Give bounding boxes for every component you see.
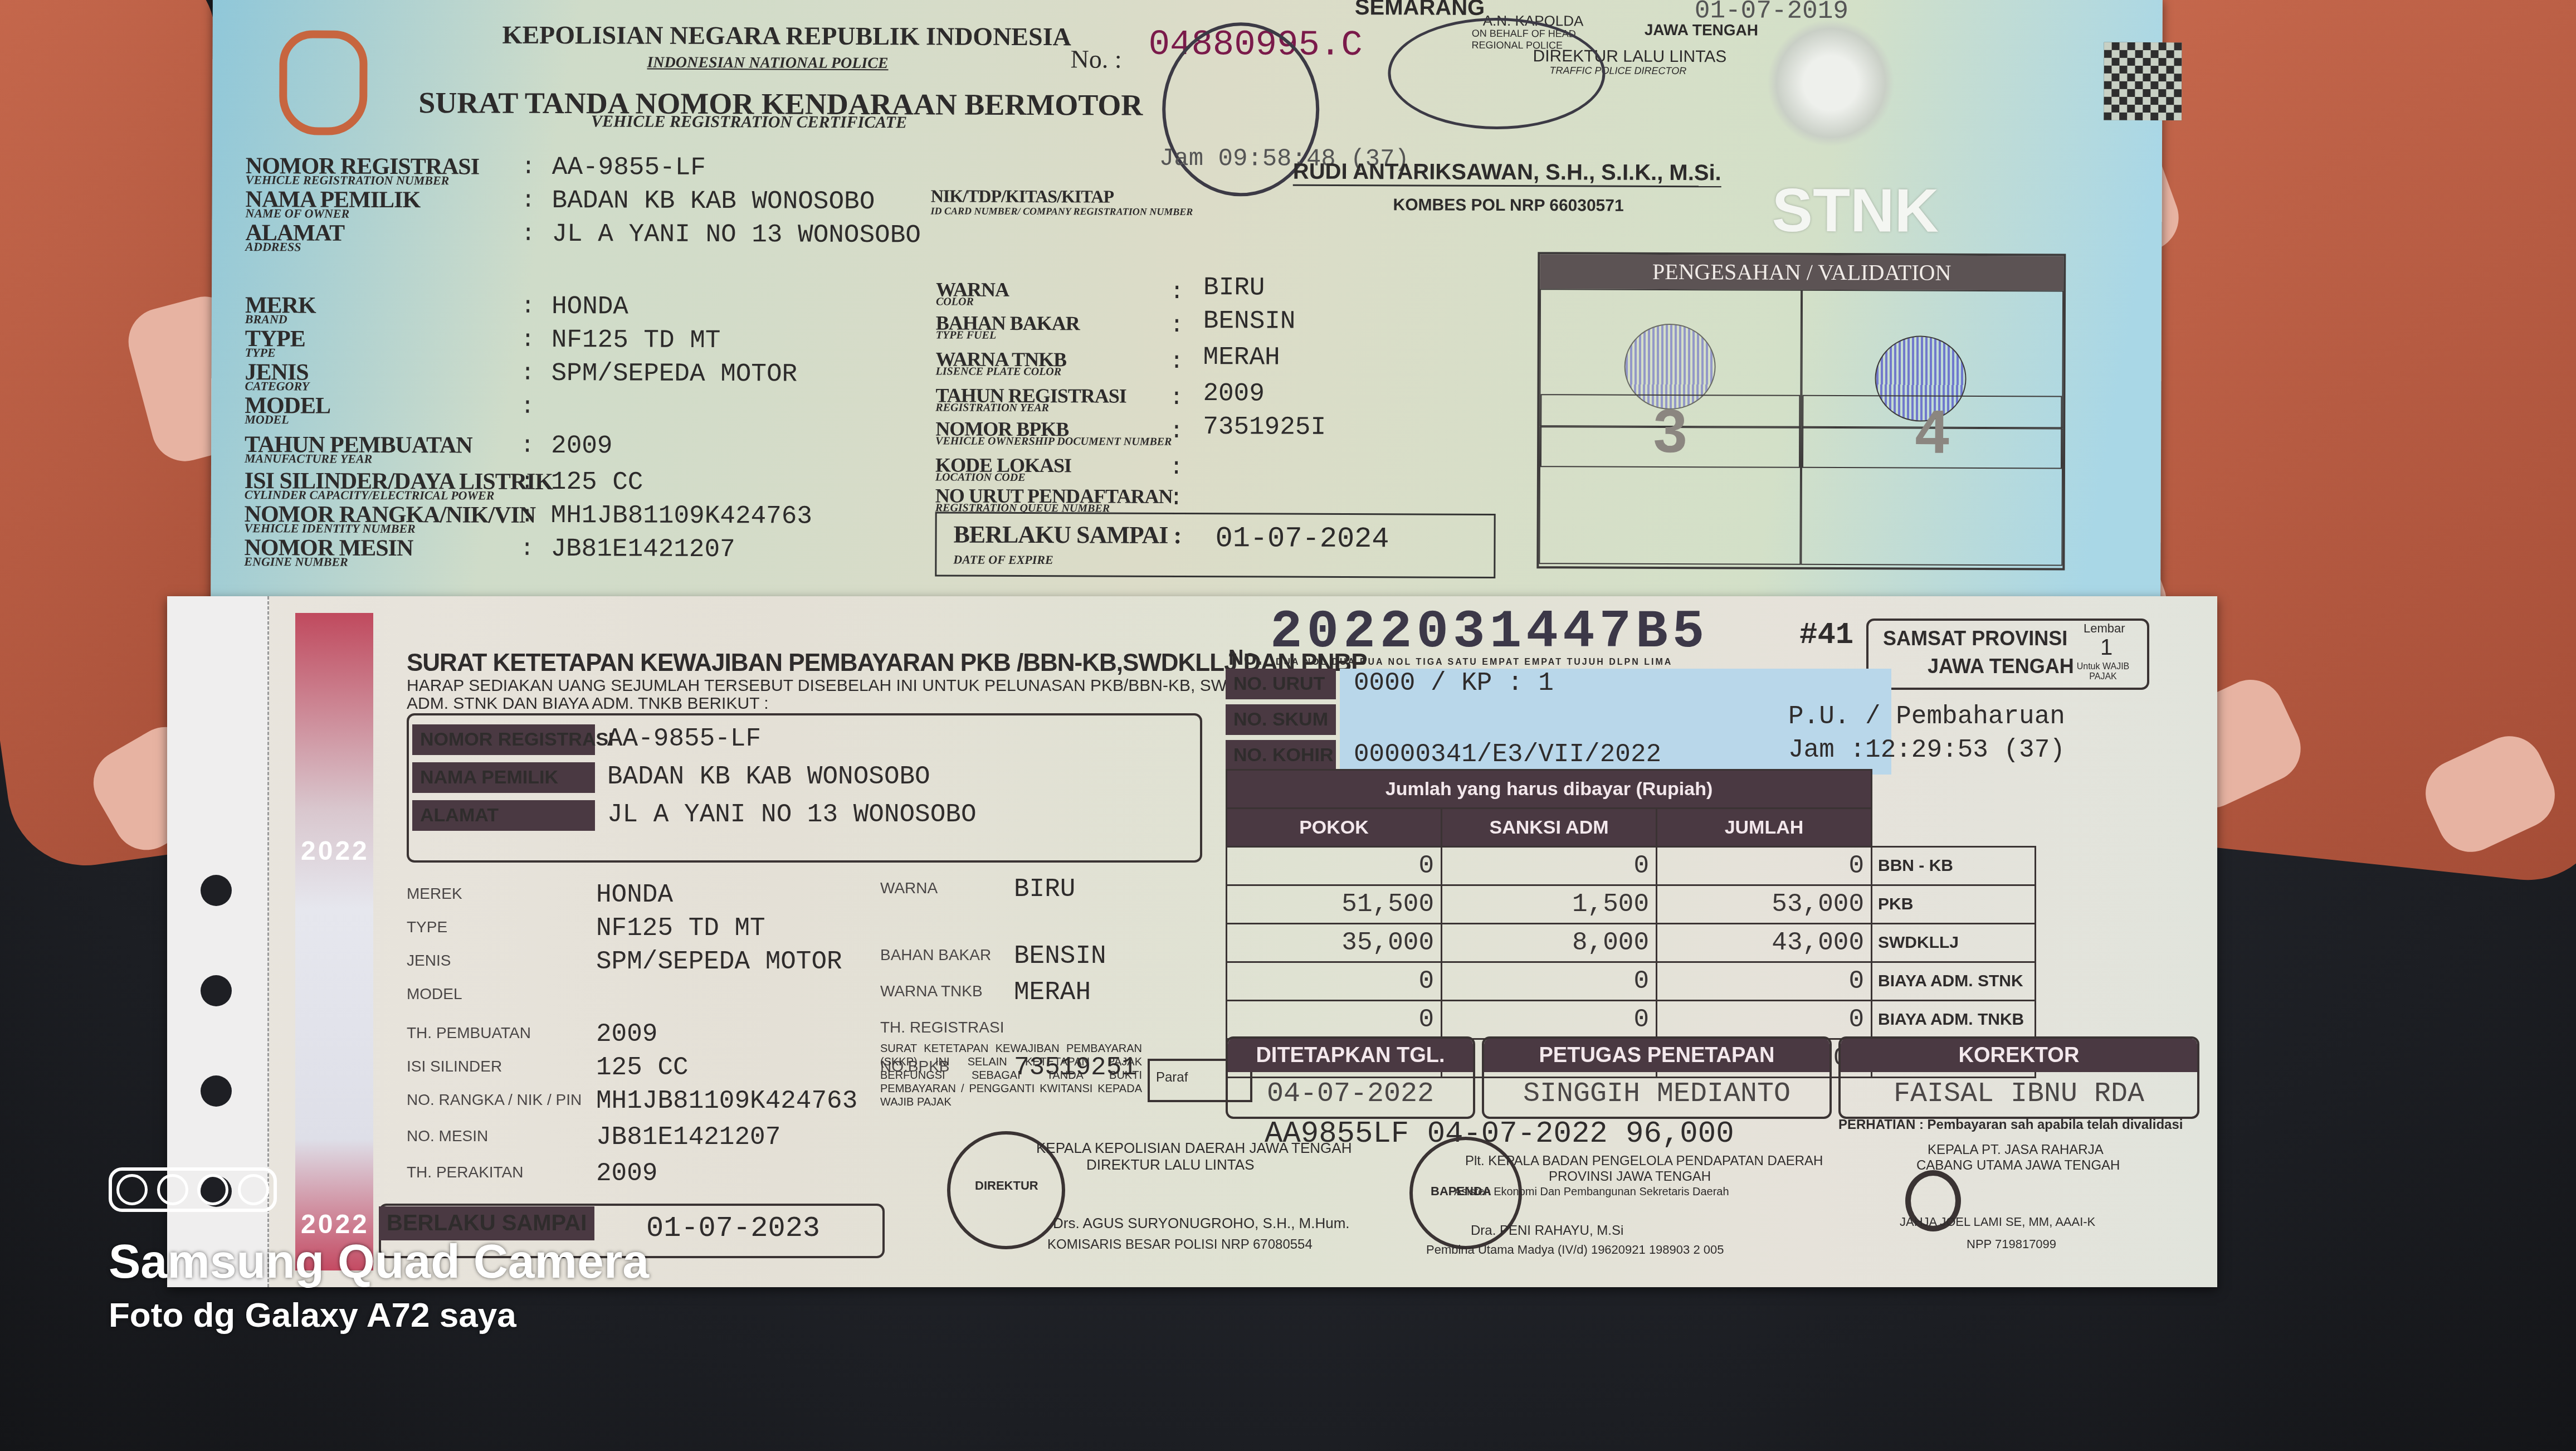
sign3-title: KEPALA PT. JASA RAHARJA (1928, 1142, 2104, 1158)
ref-field-label: NO. URUT (1226, 669, 1336, 699)
stnk-field-value: JL A YANI NO 13 WONOSOBO (552, 220, 921, 250)
stnk-field-value: HONDA (552, 292, 628, 321)
sign3-rank: NPP 719817099 (1967, 1237, 2056, 1252)
stnk-expiry-box: BERLAKU SAMPAI : DATE OF EXPIRE 01-07-20… (935, 512, 1495, 578)
vehicle-field-value: 2009 (596, 1159, 657, 1188)
vehicle-field-value: BENSIN (1014, 942, 1106, 971)
stnk-field-sub: REGISTRATION YEAR (935, 401, 1049, 415)
stnk-field-value: BENSIN (1203, 306, 1296, 336)
stnk-expiry-value: 01-07-2024 (1215, 522, 1389, 556)
stnk-field-sub: ADDRESS (245, 240, 301, 254)
stnk-field-value: AA-9855-LF (552, 153, 706, 182)
stnk-header-line1: KEPOLISIAN NEGARA REPUBLIK INDONESIA (502, 20, 1071, 52)
stnk-field-sub: LOCATION CODE (935, 471, 1026, 484)
stnk-field-colon: : (1170, 348, 1184, 375)
sign3-sub: CABANG UTAMA JAWA TENGAH (1916, 1158, 2120, 1174)
stnk-field-value: MH1JB81109K424763 (551, 501, 812, 531)
stnk-field-sub: VEHICLE OWNERSHIP DOCUMENT NUMBER (935, 435, 1172, 448)
item-cell: BIAYA ADM. STNK (1872, 962, 2036, 1001)
payment-row: 0 0 0 BIAYA ADM. STNK (1227, 962, 2036, 1001)
skkp-expiry-value: 01-07-2023 (646, 1212, 820, 1245)
owner-field-value: AA-9855-LF (607, 724, 761, 753)
vehicle-field-label: NO. MESIN (407, 1127, 488, 1145)
stnk-field-colon: : (1169, 384, 1183, 411)
vehicle-field-label: TH. PERAKITAN (407, 1163, 524, 1181)
sign1-name: Drs. AGUS SURYONUGROHO, S.H., M.Hum. (1053, 1215, 1350, 1232)
validation-number-4: 4 (1802, 395, 2062, 469)
owner-field-label: NOMOR REGISTRASI (412, 724, 595, 755)
vehicle-field-value: JB81E1421207 (596, 1123, 780, 1152)
stnk-nik-sub: ID CARD NUMBER/ COMPANY REGISTRATION NUM… (931, 205, 1193, 218)
signature-scribble-icon (1388, 17, 1606, 129)
officer-value: SINGGIH MEDIANTO (1484, 1072, 1829, 1117)
vehicle-field-label: WARNA TNKB (880, 982, 983, 1000)
quad-camera-icon (109, 1167, 277, 1212)
pokok-cell: 0 (1227, 962, 1442, 1001)
camera-caption: Foto dg Galaxy A72 saya (109, 1296, 516, 1335)
set-date-label: DITETAPKAN TGL. (1228, 1039, 1473, 1072)
camera-watermark: Samsung Quad Camera (109, 1234, 649, 1289)
stnk-field-value: BADAN KB KAB WONOSOBO (552, 186, 875, 216)
punch-hole (201, 1075, 232, 1107)
pokok-cell: 0 (1227, 1001, 1442, 1039)
payment-table: Jumlah yang harus dibayar (Rupiah) POKOK… (1226, 769, 2036, 1078)
stnk-official-name: RUDI ANTARIKSAWAN, S.H., S.I.K., M.Si. (1293, 159, 1721, 188)
vehicle-field-value: HONDA (596, 880, 673, 909)
sanksi-cell: 0 (1442, 847, 1657, 885)
vehicle-field-value: 125 CC (596, 1053, 689, 1082)
ref-field-value: 00000341/E3/VII/2022 (1354, 740, 1661, 769)
paraf-label: Paraf (1156, 1070, 1188, 1085)
sign1-rank: KOMISARIS BESAR POLISI NRP 67080554 (1047, 1237, 1313, 1253)
ref-field-value: 0000 / KP : 1 (1354, 669, 1554, 698)
vehicle-field-value: SPM/SEPEDA MOTOR (596, 947, 842, 976)
validation-cell-3: 3 (1539, 426, 1801, 565)
sign1-sub: DIREKTUR LALU LINTAS (1086, 1156, 1254, 1174)
vehicle-field-label: WARNA (880, 879, 938, 897)
item-cell: PKB (1872, 885, 2036, 924)
vehicle-field-label: BAHAN BAKAR (880, 946, 991, 964)
stnk-card: KEPOLISIAN NEGARA REPUBLIK INDONESIA IND… (211, 0, 2163, 616)
time-text: Jam :12:29:53 (37) (1788, 736, 2065, 765)
vehicle-field-value: NF125 TD MT (596, 914, 765, 943)
lembar-label: Lembar (2084, 621, 2125, 636)
item-cell: BIAYA ADM. TNKB (1872, 1001, 2036, 1039)
hologram-foil-strip (295, 613, 373, 1270)
stnk-header-line2: INDONESIAN NATIONAL POLICE (647, 54, 888, 73)
stnk-field-colon: : (520, 432, 534, 459)
stnk-field-sub: TYPE FUEL (936, 329, 996, 342)
skkp-note: SURAT KETETAPAN KEWAJIBAN PEMBAYARAN (SK… (880, 1042, 1142, 1109)
hash-code: #41 (1799, 619, 1853, 653)
stnk-field-colon: : (521, 154, 535, 181)
stnk-field-sub: VEHICLE IDENTITY NUMBER (245, 521, 416, 536)
stnk-field-colon: : (520, 360, 534, 387)
validation-table: PENGESAHAN / VALIDATION 3 4 (1536, 252, 2066, 570)
sanksi-cell: 1,500 (1442, 885, 1657, 924)
col-sanksi: SANKSI ADM (1442, 809, 1657, 847)
validation-header: PENGESAHAN / VALIDATION (1540, 254, 2063, 290)
vehicle-field-value: BIRU (1014, 875, 1075, 904)
samsat-line1: SAMSAT PROVINSI (1883, 627, 2067, 650)
lembar-note: Untuk WAJIB PAJAK (2072, 662, 2134, 682)
stnk-field-colon: : (1170, 312, 1184, 339)
stnk-field-colon: : (521, 327, 535, 353)
police-traffic-badge-icon (1767, 19, 1895, 148)
payment-row: 35,000 8,000 43,000 SWDKLLJ (1227, 924, 2036, 962)
stnk-expiry-sub: DATE OF EXPIRE (953, 553, 1053, 568)
stnk-region: JAWA TENGAH (1645, 21, 1758, 40)
corrector-box: KOREKTOR FAISAL IBNU RDA (1838, 1036, 2199, 1119)
qr-code-icon (2104, 42, 2182, 120)
stnk-official-rank: KOMBES POL NRP 66030571 (1393, 196, 1624, 215)
item-cell: BBN - KB (1872, 847, 2036, 885)
stnk-field-sub: COLOR (936, 295, 974, 308)
sign1-title: KEPALA KEPOLISIAN DAERAH JAWA TENGAH (1036, 1140, 1352, 1157)
validation-cell-4: 4 (1801, 427, 2063, 566)
sanksi-cell: 8,000 (1442, 924, 1657, 962)
stnk-field-colon: : (520, 469, 534, 495)
pokok-cell: 0 (1227, 847, 1442, 885)
sign2-role: Asisten Ekonomi Dan Pembangunan Sekretar… (1454, 1186, 1729, 1199)
sign2-rank: Pembina Utama Madya (IV/d) 19620921 1989… (1426, 1243, 1724, 1257)
stnk-field-colon: : (1169, 418, 1183, 445)
stnk-field-colon: : (1169, 454, 1183, 481)
vehicle-field-label: MEREK (407, 885, 462, 903)
stnk-nik-label: NIK/TDP/KITAS/KITAP (931, 186, 1114, 207)
stnk-field-colon: : (520, 393, 534, 420)
sanksi-cell: 0 (1442, 962, 1657, 1001)
vehicle-field-label: TH. REGISTRASI (880, 1019, 1004, 1036)
stnk-field-value: 7351925I (1203, 412, 1326, 442)
stnk-field-colon: : (1169, 485, 1183, 512)
stnk-field-value: SPM/SEPEDA MOTOR (551, 359, 797, 389)
stnk-field-value: JB81E1421207 (550, 534, 735, 564)
stnk-field-sub: VEHICLE REGISTRATION NUMBER (246, 173, 450, 188)
police-emblem-icon (279, 30, 368, 135)
jumlah-cell: 0 (1657, 962, 1872, 1001)
stnk-field-value: 125 CC (551, 468, 643, 497)
sign3-name: JAHJA JOEL LAMI SE, MM, AAAI-K (1900, 1215, 2095, 1229)
stnk-field-value: BIRU (1203, 273, 1265, 302)
serial-words: DUA NOL DUA DUA NOL TIGA SATU EMPAT EMPA… (1276, 658, 1672, 668)
jumlah-cell: 43,000 (1657, 924, 1872, 962)
skkp-title: SURAT KETETAPAN KEWAJIBAN PEMBAYARAN PKB… (407, 649, 1367, 677)
serial-number: 2022031447B5 (1270, 602, 1709, 663)
owner-field-value: BADAN KB KAB WONOSOBO (607, 762, 930, 791)
set-date-value: 04-07-2022 (1228, 1072, 1473, 1117)
payment-caption: Jumlah yang harus dibayar (Rupiah) (1227, 770, 1872, 809)
owner-field-label: ALAMAT (412, 800, 595, 831)
vehicle-field-label: NO. RANGKA / NIK / PIN (407, 1091, 582, 1109)
stnk-field-colon: : (520, 535, 534, 562)
stnk-field-sub: CATEGORY (245, 379, 309, 393)
stnk-expiry-label: BERLAKU SAMPAI : (953, 520, 1181, 549)
stnk-field-colon: : (521, 293, 535, 320)
stnk-field-colon: : (520, 502, 534, 529)
validation-number-3: 3 (1540, 394, 1800, 468)
jumlah-cell: 0 (1657, 1001, 1872, 1039)
pokok-cell: 35,000 (1227, 924, 1442, 962)
jumlah-cell: 0 (1657, 847, 1872, 885)
stnk-field-value: MERAH (1203, 343, 1280, 372)
officer-box: PETUGAS PENETAPAN SINGGIH MEDIANTO (1482, 1036, 1832, 1119)
corrector-value: FAISAL IBNU RDA (1841, 1072, 2197, 1117)
payment-row: 51,500 1,500 53,000 PKB (1227, 885, 2036, 924)
sanksi-cell: 0 (1442, 1001, 1657, 1039)
vehicle-field-label: MODEL (407, 985, 462, 1003)
stnk-field-sub: BRAND (245, 312, 287, 327)
attention-note: PERHATIAN : Pembayaran sah apabila telah… (1838, 1117, 2183, 1133)
foil-year-top: 2022 (301, 836, 369, 866)
owner-field-value: JL A YANI NO 13 WONOSOBO (607, 800, 977, 829)
stnk-field-colon: : (1170, 279, 1184, 305)
stnk-field-value: NF125 TD MT (552, 325, 721, 355)
vehicle-field-label: TYPE (407, 918, 447, 936)
set-date-box: DITETAPKAN TGL. 04-07-2022 (1226, 1036, 1475, 1119)
col-pokok: POKOK (1227, 809, 1442, 847)
stnk-field-sub: MANUFACTURE YEAR (245, 451, 372, 466)
payment-row: 0 0 0 BBN - KB (1227, 847, 2036, 885)
lembar-number: 1 (2100, 635, 2112, 660)
seal1-text: DIREKTUR (975, 1179, 1038, 1193)
sign2-name: Dra. PENI RAHAYU, M.Si (1471, 1223, 1623, 1239)
punch-hole (201, 875, 232, 906)
stnk-field-sub: MODEL (245, 412, 289, 427)
stnk-brand-text: STNK (1772, 175, 1939, 246)
ref-field-label: NO. KOHIR (1226, 740, 1336, 771)
stnk-field-colon: : (521, 187, 535, 214)
stnk-field-sub: NAME OF OWNER (246, 206, 350, 221)
punch-hole (201, 975, 232, 1006)
vehicle-field-label: ISI SILINDER (407, 1058, 502, 1075)
vehicle-field-value: MERAH (1014, 978, 1091, 1007)
pokok-cell: 51,500 (1227, 885, 1442, 924)
officer-label: PETUGAS PENETAPAN (1484, 1039, 1829, 1072)
jumlah-cell: 53,000 (1657, 885, 1872, 924)
samsat-line2: JAWA TENGAH (1928, 655, 2074, 678)
corrector-label: KOREKTOR (1841, 1039, 2197, 1072)
vehicle-field-value: MH1JB81109K424763 (596, 1087, 857, 1116)
payment-row: 0 0 0 BIAYA ADM. TNKB (1227, 1001, 2036, 1039)
vehicle-field-label: TH. PEMBUATAN (407, 1024, 531, 1042)
owner-field-label: NAMA PEMILIK (412, 762, 595, 793)
stnk-title-en: VEHICLE REGISTRATION CERTIFICATE (591, 112, 907, 132)
stnk-field-colon: : (521, 221, 535, 247)
stnk-number-label: No. : (1070, 44, 1121, 74)
sign2-sub: PROVINSI JAWA TENGAH (1549, 1169, 1711, 1185)
vehicle-field-value: 2009 (596, 1020, 657, 1049)
sign2-title: Plt. KEPALA BADAN PENGELOLA PENDAPATAN D… (1465, 1153, 1823, 1169)
serial-prefix: No. (1228, 646, 1262, 670)
vehicle-field-label: JENIS (407, 952, 451, 970)
skkp-instruction: HARAP SEDIAKAN UANG SEJUMLAH TERSEBUT DI… (407, 677, 1365, 713)
stnk-field-sub: TYPE (245, 345, 276, 360)
col-jumlah: JUMLAH (1657, 809, 1872, 847)
stnk-field-sub: LISENCE PLATE COLOR (936, 365, 1062, 378)
ref-field-label: NO. SKUM (1226, 704, 1336, 735)
stnk-field-value: 2009 (551, 431, 613, 460)
stnk-field-value: 2009 (1203, 379, 1265, 408)
stnk-city: SEMARANG (1355, 0, 1485, 21)
skkp-payment-notice: 2022 2022 SURAT KETETAPAN KEWAJIBAN PEMB… (167, 596, 2217, 1287)
pu-text: P.U. / Pembaharuan (1788, 702, 2065, 731)
stnk-field-sub: ENGINE NUMBER (244, 554, 348, 569)
item-cell: SWDKLLJ (1872, 924, 2036, 962)
